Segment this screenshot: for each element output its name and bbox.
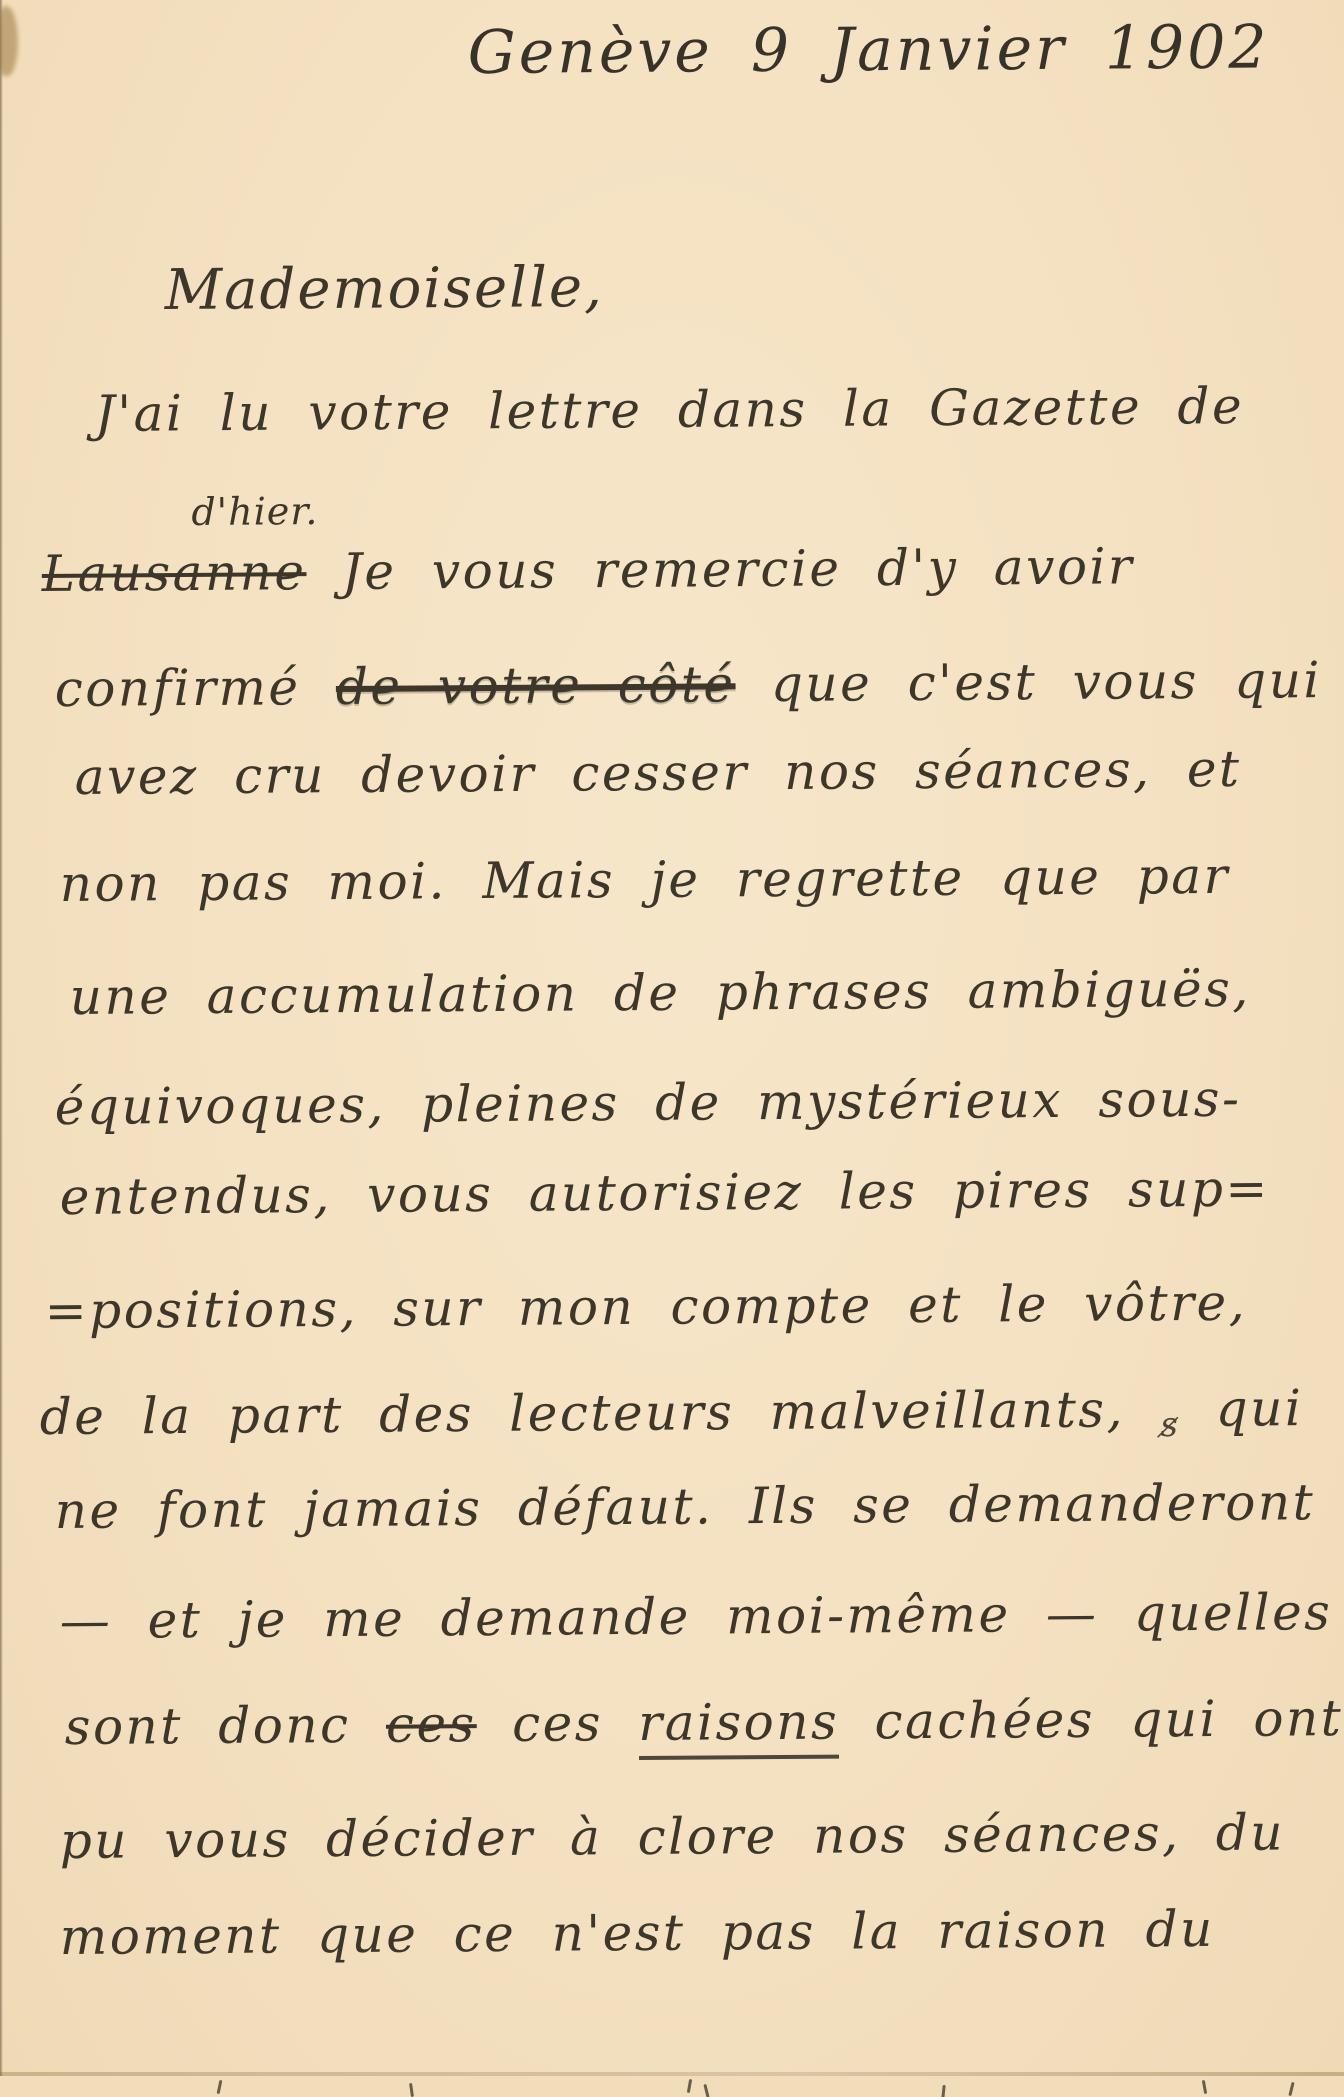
letter-line-11: ne font jamais défaut. Ils se demanderon… [55,1473,1316,1540]
struck-words: de votre côté [336,655,736,716]
line-text: Je vous remercie d'y avoir [342,537,1135,601]
letter-line-15: moment que ce n'est pas la raison du [60,1900,1215,1966]
scan-below-edge [0,2076,1344,2097]
letter-line-10: de la part des lecteurs malveillants, s̷… [40,1379,1304,1453]
salutation: Mademoiselle, [165,255,605,323]
inserted-word: d'hier. [191,489,318,534]
line-text: confirmé [55,658,301,718]
letter-page: Genève 9 Janvier 1902 Mademoiselle, J'ai… [0,0,1344,2097]
struck-word: Lausanne [42,543,307,603]
line-text: — et je me demande moi-même — quelles [60,1583,1333,1650]
scan-left-edge [0,0,3,2097]
line-text: qui [1215,1379,1303,1438]
line-text: cachées qui ont [874,1689,1343,1750]
letter-line-4: avez cru devoir cesser nos séances, et [75,740,1242,806]
line-text: moment que ce n'est pas la raison du [60,1900,1215,1966]
paper-smudge [0,6,18,76]
line-text: non pas moi. Mais je regrette que par [60,847,1231,913]
letter-line-14: pu vous décider à clore nos séances, du [60,1803,1286,1870]
line-text: avez cru devoir cesser nos séances, et [75,740,1242,806]
letter-line-7: équivoques, pleines de mystérieux sous- [55,1070,1242,1136]
line-text: ces [512,1694,603,1753]
line-text: ne font jamais défaut. Ils se demanderon… [55,1473,1316,1540]
line-text: sont donc [65,1696,351,1756]
letter-line-1: J'ai lu votre lettre dans la Gazette de [95,377,1245,443]
line-text: une accumulation de phrases ambiguës, [70,960,1251,1026]
letter-line-12: — et je me demande moi-même — quelles [60,1583,1333,1650]
underlined-word: raisons [638,1693,839,1760]
struck-word: ces [386,1695,477,1754]
letter-line-5: non pas moi. Mais je regrette que par [60,847,1231,913]
letter-line-2: d'hier. Lausanne Je vous remercie d'y av… [42,537,1135,603]
dateline: Genève 9 Janvier 1902 [468,12,1270,88]
line-text: équivoques, pleines de mystérieux sous- [55,1070,1242,1136]
line-text: =positions, sur mon compte et le vôtre, [45,1274,1248,1340]
line-text: pu vous décider à clore nos séances, du [60,1803,1286,1870]
letter-line-13: sont donc ces ces raisons cachées qui on… [65,1689,1344,1756]
line-text: entendus, vous autorisiez les pires sup= [60,1160,1270,1226]
insertion-mark: s̷ [1160,1405,1180,1445]
line-text: de la part des lecteurs malveillants, [40,1380,1126,1446]
letter-line-6: une accumulation de phrases ambiguës, [70,960,1251,1026]
letter-line-8: entendus, vous autorisiez les pires sup= [60,1160,1270,1226]
letter-line-3: confirmé de votre côté que c'est vous qu… [55,651,1322,718]
line-text: J'ai lu votre lettre dans la Gazette de [95,377,1245,443]
line-text: que c'est vous qui [771,651,1322,713]
letter-line-9: =positions, sur mon compte et le vôtre, [45,1274,1248,1340]
